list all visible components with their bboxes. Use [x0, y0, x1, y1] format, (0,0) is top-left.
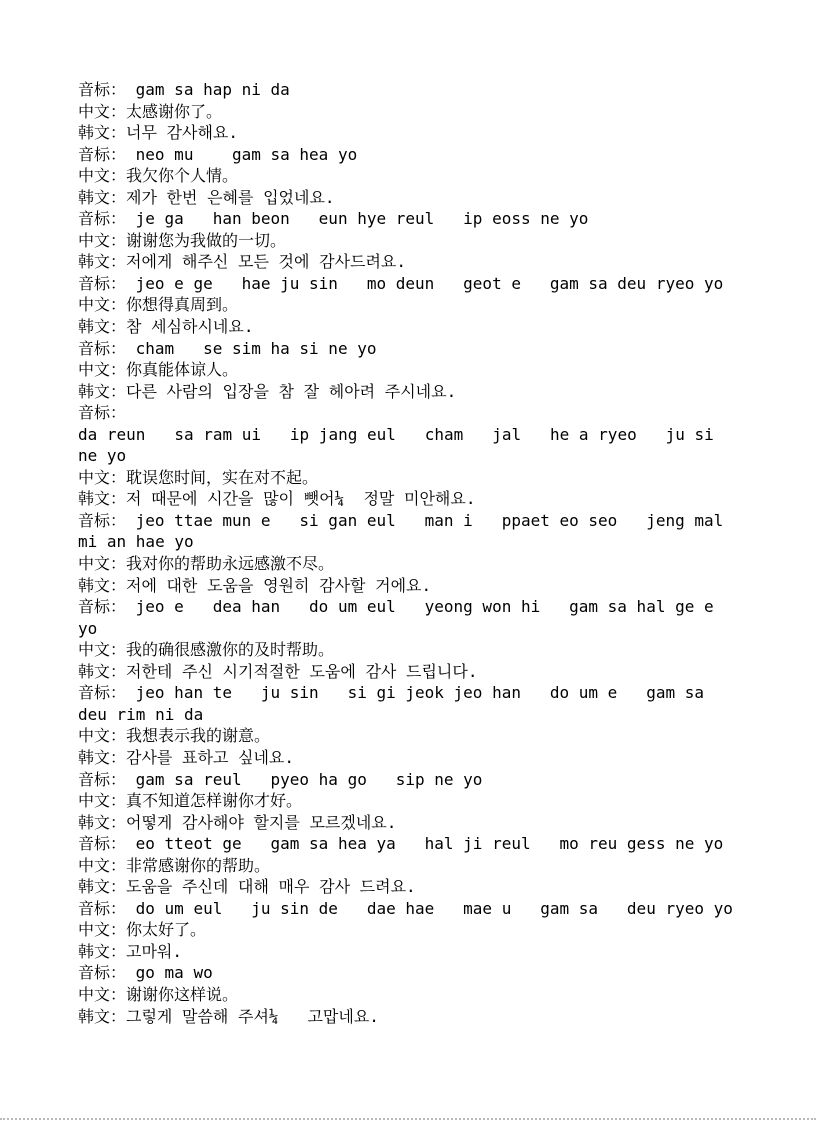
- document-line: 音标： gam sa hap ni da: [78, 79, 758, 101]
- line-label: 音标：: [78, 899, 126, 918]
- document-line: 韩文：저한테 주신 시기적절한 도움에 감사 드립니다.: [78, 661, 758, 683]
- line-text: 真不知道怎样谢你才好。: [126, 791, 302, 810]
- line-text: 我想表示我的谢意。: [126, 726, 270, 745]
- line-label: 中文：: [78, 856, 126, 875]
- document-line: 韩文：도움을 주신데 대해 매우 감사 드려요.: [78, 876, 758, 898]
- line-text: 저 때문에 시간을 많이 뺏어¼ 정말 미안해요.: [126, 489, 475, 508]
- line-text: eo tteot ge gam sa hea ya hal ji reul mo…: [126, 834, 723, 853]
- document-line: 中文：我对你的帮助永远感激不尽。: [78, 553, 758, 575]
- line-text: 谢谢您为我做的一切。: [126, 231, 286, 250]
- line-label: 音标：: [78, 339, 126, 358]
- document-line: 音标： jeo e ge hae ju sin mo deun geot e g…: [78, 273, 758, 295]
- line-text: 제가 한번 은혜를 입었네요.: [126, 188, 335, 207]
- line-label: 韩文：: [78, 748, 126, 767]
- document-line: 中文：真不知道怎样谢你才好。: [78, 790, 758, 812]
- line-text: yo: [78, 619, 97, 638]
- document-line: 中文：我的确很感激你的及时帮助。: [78, 639, 758, 661]
- line-text: deu rim ni da: [78, 705, 203, 724]
- line-label: 音标：: [78, 834, 126, 853]
- document-content: 音标： gam sa hap ni da 中文：太感谢你了。 韩文：너무 감사해…: [78, 79, 758, 1027]
- line-label: 音标：: [78, 80, 126, 99]
- line-text: 그렇게 말씀해 주셔¼ 고맙네요.: [126, 1007, 379, 1026]
- line-label: 中文：: [78, 102, 126, 121]
- document-line: 中文：谢谢你这样说。: [78, 984, 758, 1006]
- line-text: cham se sim ha si ne yo: [126, 339, 376, 358]
- line-label: 韩文：: [78, 576, 126, 595]
- document-line: 音标： cham se sim ha si ne yo: [78, 338, 758, 360]
- line-text: neo mu gam sa hea yo: [126, 145, 357, 164]
- line-text: 你想得真周到。: [126, 295, 238, 314]
- line-label: 中文：: [78, 640, 126, 659]
- line-label: 音标：: [78, 511, 126, 530]
- line-text: je ga han beon eun hye reul ip eoss ne y…: [126, 209, 588, 228]
- document-line: 韩文：너무 감사해요.: [78, 122, 758, 144]
- line-label: 中文：: [78, 231, 126, 250]
- line-label: 中文：: [78, 554, 126, 573]
- document-line: 音标： neo mu gam sa hea yo: [78, 144, 758, 166]
- line-text: 너무 감사해요.: [126, 123, 238, 142]
- document-line: 音标： gam sa reul pyeo ha go sip ne yo: [78, 769, 758, 791]
- line-text: 你真能体谅人。: [126, 360, 238, 379]
- line-text: 耽误您时间，实在对不起。: [126, 468, 318, 487]
- line-label: 中文：: [78, 920, 126, 939]
- line-text: jeo ttae mun e si gan eul man i ppaet eo…: [126, 511, 723, 530]
- line-label: 中文：: [78, 295, 126, 314]
- line-label: 韩文：: [78, 877, 126, 896]
- document-line: 韩文：저에게 해주신 모든 것에 감사드려요.: [78, 251, 758, 273]
- line-label: 韩文：: [78, 662, 126, 681]
- document-line: 韩文：참 세심하시네요.: [78, 316, 758, 338]
- document-line: 音标： eo tteot ge gam sa hea ya hal ji reu…: [78, 833, 758, 855]
- document-line: mi an hae yo: [78, 531, 758, 553]
- document-line: 中文：太感谢你了。: [78, 101, 758, 123]
- document-line: 韩文：어떻게 감사해야 할지를 모르겠네요.: [78, 812, 758, 834]
- line-text: 참 세심하시네요.: [126, 317, 253, 336]
- line-label: 韩文：: [78, 317, 126, 336]
- line-text: 非常感谢你的帮助。: [126, 856, 270, 875]
- line-label: 音标：: [78, 209, 126, 228]
- line-text: 어떻게 감사해야 할지를 모르겠네요.: [126, 813, 396, 832]
- line-text: 我欠你个人情。: [126, 166, 238, 185]
- line-text: 我对你的帮助永远感激不尽。: [126, 554, 334, 573]
- line-label: 音标：: [78, 274, 126, 293]
- document-line: 韩文：감사를 표하고 싶네요.: [78, 747, 758, 769]
- line-label: 韩文：: [78, 382, 126, 401]
- document-line: 中文：我欠你个人情。: [78, 165, 758, 187]
- line-text: go ma wo: [126, 963, 213, 982]
- line-text: 你太好了。: [126, 920, 206, 939]
- document-line: 音标： je ga han beon eun hye reul ip eoss …: [78, 208, 758, 230]
- document-line: 中文：我想表示我的谢意。: [78, 725, 758, 747]
- document-line: 中文：你真能体谅人。: [78, 359, 758, 381]
- document-line: 音标： go ma wo: [78, 962, 758, 984]
- line-text: gam sa reul pyeo ha go sip ne yo: [126, 770, 482, 789]
- line-text: jeo han te ju sin si gi jeok jeo han do …: [126, 683, 704, 702]
- line-label: 音标：: [78, 597, 126, 616]
- line-label: 中文：: [78, 468, 126, 487]
- line-text: 我的确很感激你的及时帮助。: [126, 640, 334, 659]
- line-label: 中文：: [78, 166, 126, 185]
- document-line: yo: [78, 618, 758, 640]
- line-text: 저에게 해주신 모든 것에 감사드려요.: [126, 252, 406, 271]
- document-line: 韩文：제가 한번 은혜를 입었네요.: [78, 187, 758, 209]
- document-line: 韩文：다른 사람의 입장을 참 잘 헤아려 주시네요.: [78, 381, 758, 403]
- document-line: deu rim ni da: [78, 704, 758, 726]
- document-line: da reun sa ram ui ip jang eul cham jal h…: [78, 424, 758, 446]
- line-label: 音标：: [78, 770, 126, 789]
- line-text: jeo e dea han do um eul yeong won hi gam…: [126, 597, 714, 616]
- line-text: 고마워.: [126, 942, 182, 961]
- line-label: 韩文：: [78, 489, 126, 508]
- document-line: 韩文：저 때문에 시간을 많이 뺏어¼ 정말 미안해요.: [78, 488, 758, 510]
- document-line: 韩文：그렇게 말씀해 주셔¼ 고맙네요.: [78, 1006, 758, 1028]
- document-line: 中文：谢谢您为我做的一切。: [78, 230, 758, 252]
- line-label: 韩文：: [78, 942, 126, 961]
- document-line: 韩文：고마워.: [78, 941, 758, 963]
- line-text: mi an hae yo: [78, 532, 194, 551]
- line-text: 감사를 표하고 싶네요.: [126, 748, 294, 767]
- line-text: do um eul ju sin de dae hae mae u gam sa…: [126, 899, 733, 918]
- line-label: 中文：: [78, 360, 126, 379]
- line-text: 太感谢你了。: [126, 102, 222, 121]
- document-line: 中文：耽误您时间，实在对不起。: [78, 467, 758, 489]
- line-text: 저에 대한 도움을 영원히 감사할 거에요.: [126, 576, 431, 595]
- document-line: 韩文：저에 대한 도움을 영원히 감사할 거에요.: [78, 575, 758, 597]
- document-line: 音标：: [78, 402, 758, 424]
- document-line: 音标： jeo han te ju sin si gi jeok jeo han…: [78, 682, 758, 704]
- document-page: 音标： gam sa hap ni da 中文：太感谢你了。 韩文：너무 감사해…: [0, 0, 816, 1123]
- document-line: 中文：非常感谢你的帮助。: [78, 855, 758, 877]
- line-label: 韩文：: [78, 1007, 126, 1026]
- line-label: 音标：: [78, 403, 126, 422]
- line-label: 韩文：: [78, 123, 126, 142]
- line-label: 中文：: [78, 985, 126, 1004]
- document-line: 中文：你太好了。: [78, 919, 758, 941]
- line-label: 中文：: [78, 726, 126, 745]
- line-label: 韩文：: [78, 813, 126, 832]
- line-label: 音标：: [78, 145, 126, 164]
- line-label: 音标：: [78, 963, 126, 982]
- page-break-indicator: [0, 1118, 816, 1120]
- line-label: 韩文：: [78, 252, 126, 271]
- document-line: 音标： do um eul ju sin de dae hae mae u ga…: [78, 898, 758, 920]
- document-line: 中文：你想得真周到。: [78, 294, 758, 316]
- line-text: 저한테 주신 시기적절한 도움에 감사 드립니다.: [126, 662, 477, 681]
- line-label: 音标：: [78, 683, 126, 702]
- document-line: 音标： jeo ttae mun e si gan eul man i ppae…: [78, 510, 758, 532]
- document-line: ne yo: [78, 445, 758, 467]
- line-text: jeo e ge hae ju sin mo deun geot e gam s…: [126, 274, 723, 293]
- line-text: gam sa hap ni da: [126, 80, 290, 99]
- line-label: 韩文：: [78, 188, 126, 207]
- line-text: ne yo: [78, 446, 126, 465]
- document-line: 音标： jeo e dea han do um eul yeong won hi…: [78, 596, 758, 618]
- line-text: 谢谢你这样说。: [126, 985, 238, 1004]
- line-text: 다른 사람의 입장을 참 잘 헤아려 주시네요.: [126, 382, 456, 401]
- line-text: da reun sa ram ui ip jang eul cham jal h…: [78, 425, 714, 444]
- line-label: 中文：: [78, 791, 126, 810]
- line-text: 도움을 주신데 대해 매우 감사 드려요.: [126, 877, 416, 896]
